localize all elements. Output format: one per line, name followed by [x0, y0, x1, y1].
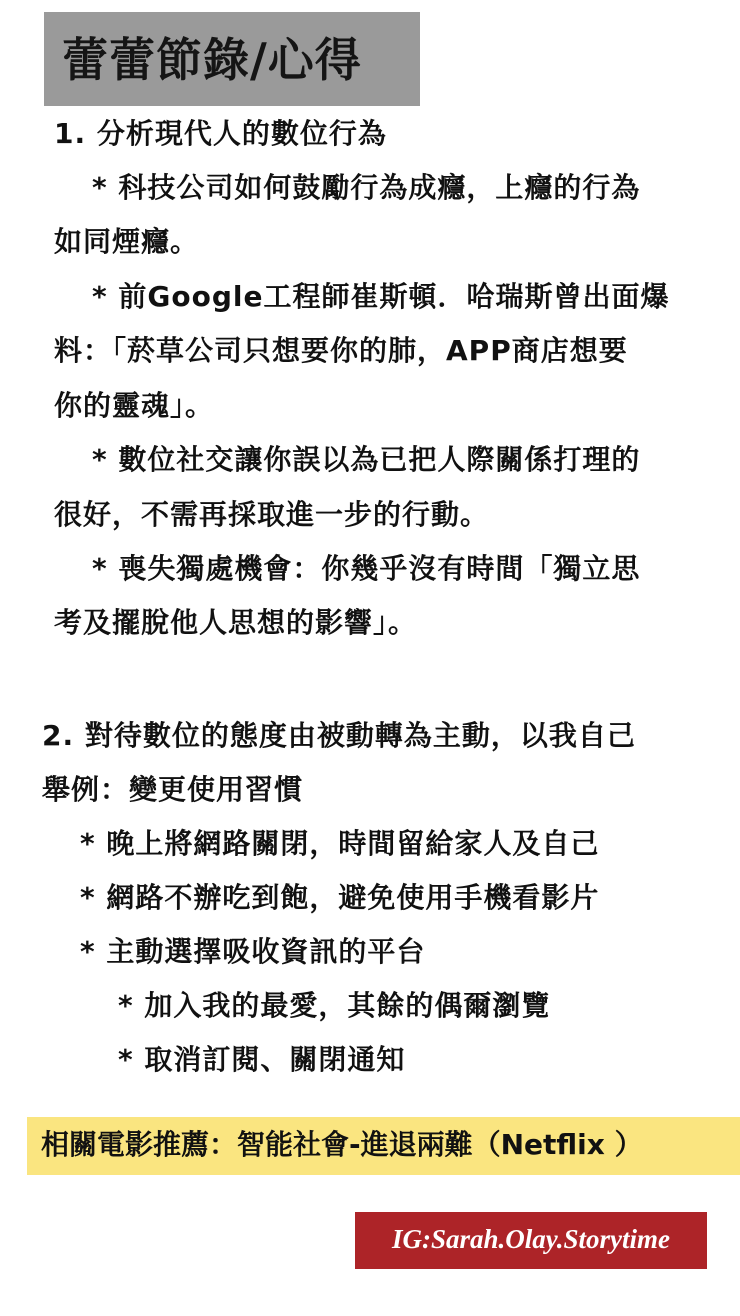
title-banner: 蕾蕾節錄/心得: [44, 12, 420, 106]
movie-recommendation-banner: 相關電影推薦：智能社會-進退兩難（Netflix ）: [27, 1117, 740, 1175]
movie-recommendation-text: 相關電影推薦：智能社會-進退兩難（Netflix ）: [41, 1127, 643, 1163]
section2-subitem: * 取消訂閱、關閉通知: [118, 1042, 405, 1078]
section2-item: * 晚上將網路關閉，時間留給家人及自己: [80, 826, 599, 862]
section2-subitem: * 加入我的最愛，其餘的偶爾瀏覽: [118, 988, 550, 1024]
section2-item: * 網路不辦吃到飽，避免使用手機看影片: [80, 880, 599, 916]
section1-line: 料：「菸草公司只想要你的肺，APP商店想要: [54, 333, 628, 369]
section1-line: 你的靈魂」。: [54, 388, 214, 424]
section2-item: * 主動選擇吸收資訊的平台: [80, 934, 425, 970]
instagram-handle-badge: IG:Sarah.Olay.Storytime: [355, 1212, 707, 1269]
page-title: 蕾蕾節錄/心得: [62, 24, 362, 90]
section2-heading: 2. 對待數位的態度由被動轉為主動，以我自己: [42, 718, 636, 754]
section1-line: 很好，不需再採取進一步的行動。: [54, 497, 489, 533]
section1-line: * 科技公司如何鼓勵行為成癮，上癮的行為: [92, 170, 640, 206]
section2-heading-cont: 舉例：變更使用習慣: [42, 772, 303, 808]
section1-line: 如同煙癮。: [54, 224, 199, 260]
section1-line: * 喪失獨處機會：你幾乎沒有時間「獨立思: [92, 551, 640, 587]
section1-line: * 數位社交讓你誤以為已把人際關係打理的: [92, 442, 640, 478]
section1-line: * 前Google工程師崔斯頓．哈瑞斯曾出面爆: [92, 279, 669, 315]
section1-heading: 1. 分析現代人的數位行為: [54, 116, 387, 152]
instagram-handle-text: IG:Sarah.Olay.Storytime: [355, 1224, 707, 1255]
section1-line: 考及擺脫他人思想的影響」。: [54, 605, 417, 641]
